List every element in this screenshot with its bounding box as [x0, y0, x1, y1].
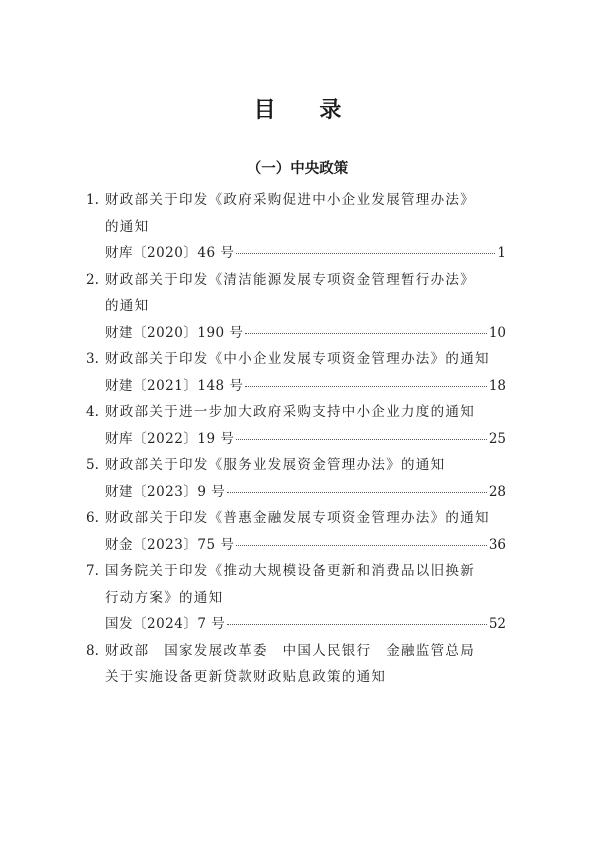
document-number: 财建〔2023〕9 号	[105, 479, 225, 506]
page-number: 25	[489, 426, 506, 453]
entry-title-cont: 关于实施设备更新贷款财政贴息政策的通知	[105, 664, 386, 691]
entry-number: 1.	[86, 187, 105, 214]
toc-entry-5[interactable]: 5.财政部关于印发《服务业发展资金管理办法》的通知 财建〔2023〕9 号28	[86, 452, 506, 505]
document-number: 国发〔2024〕7 号	[105, 611, 225, 638]
dot-leader	[245, 386, 486, 387]
document-number: 财金〔2023〕75 号	[105, 532, 234, 559]
toc-entry-6[interactable]: 6.财政部关于印发《普惠金融发展专项资金管理办法》的通知 财金〔2023〕75 …	[86, 505, 506, 558]
dot-leader	[227, 492, 487, 493]
entry-number: 3.	[86, 346, 105, 373]
toc-entry-7[interactable]: 7.国务院关于印发《推动大规模设备更新和消费品以旧换新 行动方案》的通知 国发〔…	[86, 558, 506, 638]
toc-entry-4[interactable]: 4.财政部关于进一步加大政府采购支持中小企业力度的通知 财库〔2022〕19 号…	[86, 399, 506, 452]
page-number: 18	[489, 373, 506, 400]
entry-number: 2.	[86, 267, 105, 294]
toc-entry-3[interactable]: 3.财政部关于印发《中小企业发展专项资金管理办法》的通知 财建〔2021〕148…	[86, 346, 506, 399]
page-number: 36	[489, 532, 506, 559]
page-number: 1	[497, 240, 506, 267]
table-of-contents: 1.财政部关于印发《政府采购促进中小企业发展管理办法》 的通知 财库〔2020〕…	[86, 187, 506, 691]
entry-number: 6.	[86, 505, 105, 532]
page-title: 目 录	[0, 93, 595, 124]
toc-entry-1[interactable]: 1.财政部关于印发《政府采购促进中小企业发展管理办法》 的通知 财库〔2020〕…	[86, 187, 506, 267]
dot-leader	[245, 333, 486, 334]
entry-title-cont: 行动方案》的通知	[105, 585, 223, 612]
document-number: 财建〔2020〕190 号	[105, 320, 243, 347]
document-number: 财建〔2021〕148 号	[105, 373, 243, 400]
entry-number: 5.	[86, 452, 105, 479]
dot-leader	[236, 545, 486, 546]
page-number: 10	[489, 320, 506, 347]
entry-title-cont: 的通知	[105, 214, 149, 241]
toc-entry-8[interactable]: 8.财政部 国家发展改革委 中国人民银行 金融监管总局 关于实施设备更新贷款财政…	[86, 638, 506, 691]
document-number: 财库〔2022〕19 号	[105, 426, 234, 453]
dot-leader	[236, 439, 486, 440]
dot-leader	[236, 253, 495, 254]
section-heading: （一）中央政策	[0, 157, 595, 178]
toc-entry-2[interactable]: 2.财政部关于印发《清洁能源发展专项资金管理暂行办法》 的通知 财建〔2020〕…	[86, 267, 506, 347]
document-number: 财库〔2020〕46 号	[105, 240, 234, 267]
entry-title: 财政部关于进一步加大政府采购支持中小企业力度的通知	[105, 399, 475, 426]
entry-number: 7.	[86, 558, 105, 585]
entry-title: 财政部 国家发展改革委 中国人民银行 金融监管总局	[105, 638, 475, 665]
entry-title: 财政部关于印发《清洁能源发展专项资金管理暂行办法》	[105, 267, 475, 294]
entry-title: 财政部关于印发《服务业发展资金管理办法》的通知	[105, 452, 445, 479]
entry-title: 财政部关于印发《政府采购促进中小企业发展管理办法》	[105, 187, 475, 214]
entry-number: 8.	[86, 638, 105, 665]
entry-title: 财政部关于印发《普惠金融发展专项资金管理办法》的通知	[105, 505, 490, 532]
entry-title-cont: 的通知	[105, 293, 149, 320]
entry-number: 4.	[86, 399, 105, 426]
page-number: 52	[489, 611, 506, 638]
page-number: 28	[489, 479, 506, 506]
dot-leader	[227, 624, 487, 625]
entry-title: 国务院关于印发《推动大规模设备更新和消费品以旧换新	[105, 558, 475, 585]
entry-title: 财政部关于印发《中小企业发展专项资金管理办法》的通知	[105, 346, 490, 373]
